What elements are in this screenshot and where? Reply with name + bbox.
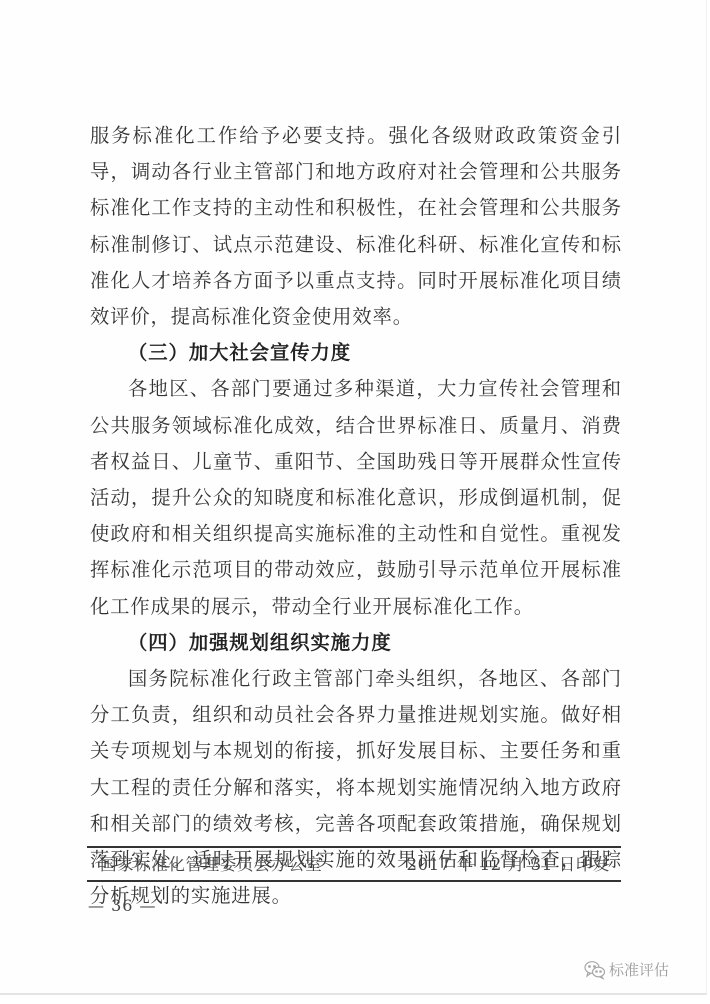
paragraph-publicity: 各地区、各部门要通过多种渠道，大力宣传社会管理和公共服务领域标准化成效，结合世界… [90, 371, 622, 624]
watermark-text: 标准评估 [609, 959, 669, 980]
document-page: 服务标准化工作给予必要支持。强化各级财政政策资金引导，调动各行业主管部门和地方政… [0, 0, 707, 995]
imprint-date: 2017 年 12 月 31 日印发 [406, 852, 610, 878]
imprint-top-rule [87, 846, 621, 848]
section-heading-implementation: （四）加强规划组织实施力度 [90, 625, 622, 661]
watermark: 标准评估 [584, 959, 669, 980]
imprint-issuer: 国家标准化管理委员会办公室 [100, 852, 322, 878]
page-number: — 36 — [88, 896, 157, 915]
imprint-bottom-rule [87, 880, 621, 882]
wechat-icon [584, 960, 606, 980]
document-body: 服务标准化工作给予必要支持。强化各级财政政策资金引导，调动各行业主管部门和地方政… [90, 118, 622, 914]
paragraph-funding-support: 服务标准化工作给予必要支持。强化各级财政政策资金引导，调动各行业主管部门和地方政… [90, 118, 622, 335]
section-heading-publicity: （三）加大社会宣传力度 [90, 335, 622, 371]
imprint-block: 国家标准化管理委员会办公室 2017 年 12 月 31 日印发 [100, 852, 610, 878]
